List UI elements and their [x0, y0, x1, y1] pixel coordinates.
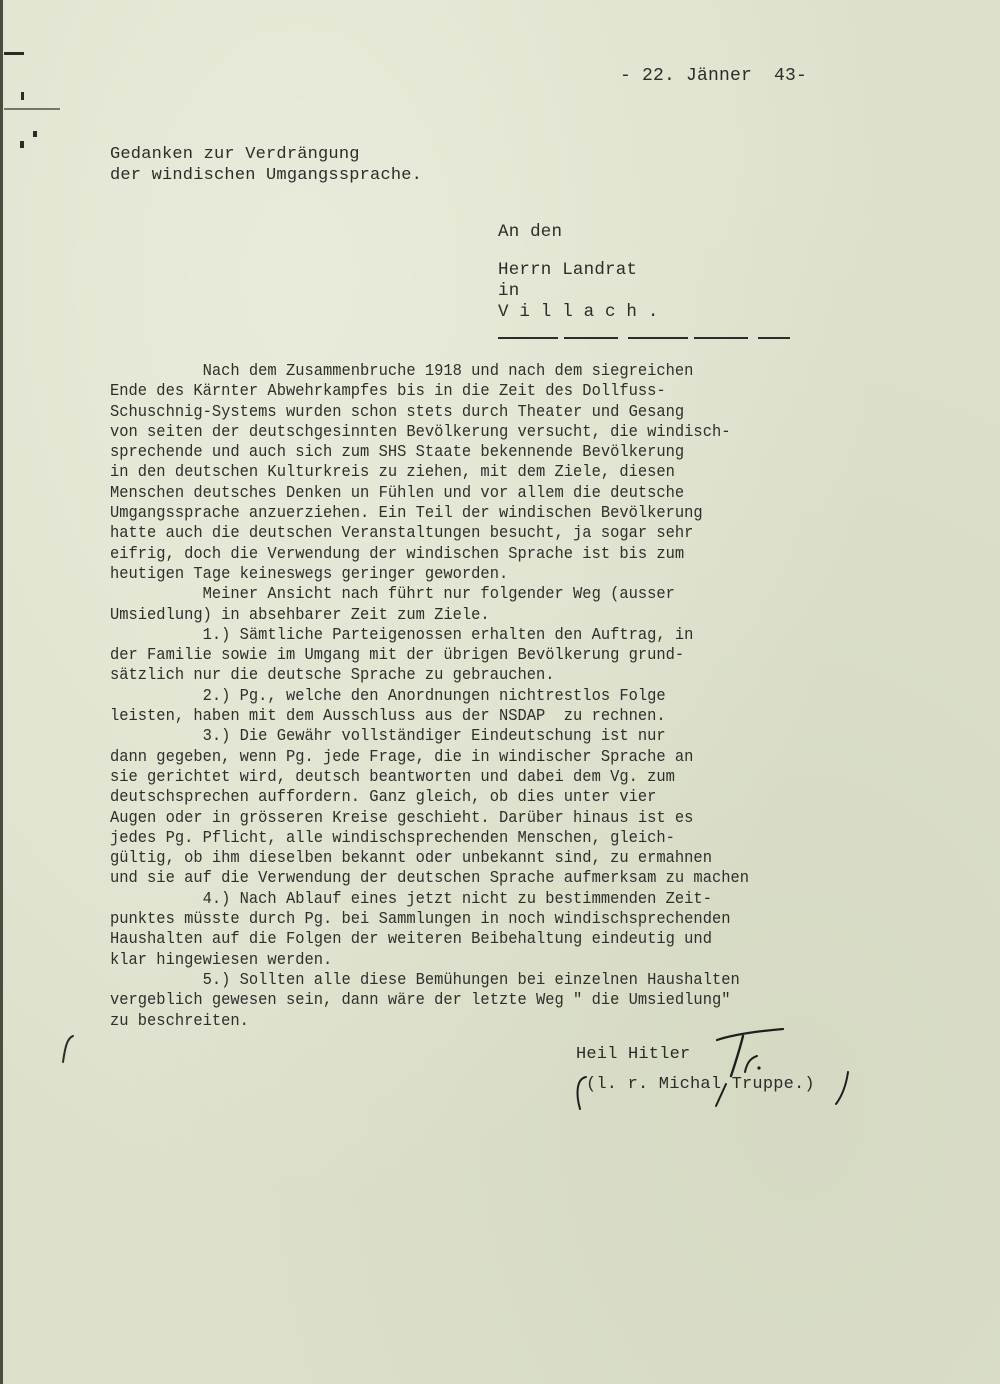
body-line: punktes müsste durch Pg. bei Sammlungen … [110, 909, 919, 929]
body-line: 2.) Pg., welche den Anordnungen nichtres… [110, 686, 919, 706]
body-line: 3.) Die Gewähr vollständiger Eindeutschu… [110, 726, 919, 746]
address-line: in [498, 281, 519, 301]
body-line: jedes Pg. Pflicht, alle windischsprechen… [110, 828, 919, 848]
body-line: deutschsprechen auffordern. Ganz gleich,… [110, 787, 919, 807]
closing-salutation: Heil Hitler [576, 1045, 690, 1065]
subject-line: Gedanken zur Verdrängung [110, 145, 360, 164]
body-line: sie gerichtet wird, deutsch beantworten … [110, 767, 919, 787]
margin-mark [4, 108, 60, 110]
body-line: gültig, ob ihm dieselben bekannt oder un… [110, 848, 919, 868]
body-line: leisten, haben mit dem Ausschluss aus de… [110, 706, 919, 726]
body-line: der Familie sowie im Umgang mit der übri… [110, 645, 919, 665]
separator-rule [498, 337, 790, 339]
body-line: Meiner Ansicht nach führt nur folgender … [110, 584, 919, 604]
body-line: Ende des Kärnter Abwehrkampfes bis in di… [110, 381, 919, 401]
margin-mark [20, 141, 24, 148]
address-line: V i l l a c h . [498, 302, 659, 322]
recipient-salutation: An den [498, 222, 562, 242]
scan-edge [0, 0, 3, 1384]
recipient-address: Herrn Landrat in V i l l a c h . [498, 260, 659, 323]
body-line: 4.) Nach Ablauf eines jetzt nicht zu bes… [110, 889, 919, 909]
margin-mark [4, 52, 24, 55]
body-line: dann gegeben, wenn Pg. jede Frage, die i… [110, 747, 919, 767]
handwritten-strike [712, 1080, 732, 1110]
body-line: von seiten der deutschgesinnten Bevölker… [110, 422, 919, 442]
body-line: hatte auch die deutschen Veranstaltungen… [110, 523, 919, 543]
margin-pencil-mark [55, 1032, 85, 1072]
body-line: Haushalten auf die Folgen der weiteren B… [110, 929, 919, 949]
body-line: Umgangssprache anzuerziehen. Ein Teil de… [110, 503, 919, 523]
signer-name: (l. r. Michal Truppe.) [586, 1075, 815, 1095]
body-line: 5.) Sollten alle diese Bemühungen bei ei… [110, 970, 919, 990]
body-line: klar hingewiesen werden. [110, 950, 919, 970]
body-line: und sie auf die Verwendung der deutschen… [110, 868, 919, 888]
body-line: eifrig, doch die Verwendung der windisch… [110, 544, 919, 564]
body-line: vergeblich gewesen sein, dann wäre der l… [110, 990, 919, 1010]
margin-mark [21, 92, 24, 100]
subject-line: der windischen Umgangssprache. [110, 166, 422, 185]
body-line: 1.) Sämtliche Parteigenossen erhalten de… [110, 625, 919, 645]
body-line: sprechende und auch sich zum SHS Staate … [110, 442, 919, 462]
body-line: heutigen Tage keineswegs geringer geword… [110, 564, 919, 584]
body-line: Augen oder in grösseren Kreise geschieht… [110, 808, 919, 828]
body-line: sätzlich nur die deutsche Sprache zu geb… [110, 665, 919, 685]
margin-mark [33, 131, 37, 137]
body-line: in den deutschen Kulturkreis zu ziehen, … [110, 462, 919, 482]
document-date: - 22. Jänner 43- [620, 66, 807, 86]
address-line: Herrn Landrat [498, 260, 637, 280]
body-line: Umsiedlung) in absehbarer Zeit zum Ziele… [110, 605, 919, 625]
handwritten-bracket-close [834, 1068, 854, 1108]
document-subject: Gedanken zur Verdrängung der windischen … [110, 144, 422, 186]
body-line: Schuschnig-Systems wurden schon stets du… [110, 402, 919, 422]
body-line: zu beschreiten. [110, 1011, 919, 1031]
letter-body: Nach dem Zusammenbruche 1918 und nach de… [110, 361, 919, 1031]
body-line: Menschen deutsches Denken un Fühlen und … [110, 483, 919, 503]
body-line: Nach dem Zusammenbruche 1918 und nach de… [110, 361, 919, 381]
